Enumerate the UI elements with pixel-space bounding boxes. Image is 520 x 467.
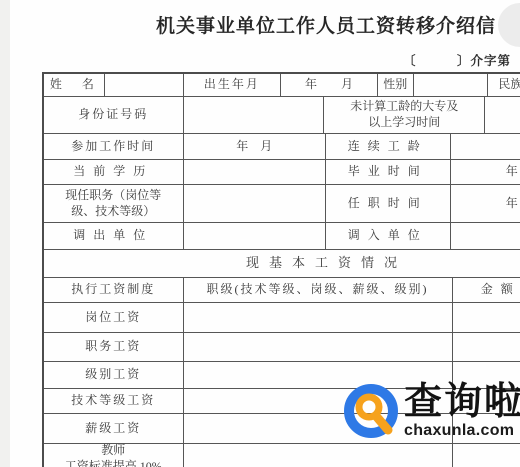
pay-scale-salary-label: 薪级工资 bbox=[44, 414, 184, 444]
ethnicity-label: 民族 bbox=[488, 74, 520, 97]
table-row: 职务工资 bbox=[44, 333, 520, 362]
salary-system-label: 执行工资制度 bbox=[44, 278, 184, 303]
current-position-value-cell bbox=[184, 185, 327, 223]
post-salary-grade-cell bbox=[184, 303, 453, 333]
duty-salary-grade-cell bbox=[184, 333, 453, 362]
table-row: 教师 工资标准提高 10% bbox=[44, 444, 520, 467]
salary-grade-header: 职级(技术等级、岗级、薪级、级别) bbox=[184, 278, 453, 303]
tenure-value-cell: 年 月 bbox=[451, 185, 520, 223]
salary-amount-header: 金额（元） bbox=[453, 278, 520, 303]
document-page: 机关事业单位工作人员工资转移介绍信 〔 〕介字第 号 姓 名 出生年月 年 月 … bbox=[10, 0, 520, 467]
current-position-line1: 现任职务（岗位等 bbox=[65, 188, 161, 204]
table-row: 调出单位 调入单位 bbox=[44, 223, 520, 250]
page-left-margin bbox=[0, 0, 10, 467]
table-row: 参加工作时间 年 月 连续工龄 bbox=[44, 134, 520, 160]
uncounted-study-label: 未计算工龄的大专及 以上学习时间 bbox=[324, 97, 485, 134]
graduation-time-label: 毕业时间 bbox=[326, 160, 451, 185]
transfer-out-unit-label: 调出单位 bbox=[44, 223, 184, 250]
post-salary-amount-cell bbox=[453, 303, 520, 333]
tenure-label: 任职时间 bbox=[326, 185, 451, 223]
rank-salary-label: 级别工资 bbox=[44, 362, 184, 389]
teacher-raise-line1: 教师 bbox=[101, 444, 125, 459]
table-row: 现任职务（岗位等 级、技术等级） 任职时间 年 月 bbox=[44, 185, 520, 223]
dob-value-cell: 年 月 bbox=[281, 74, 378, 97]
uncounted-study-line2: 以上学习时间 bbox=[368, 115, 440, 131]
table-row: 身份证号码 未计算工龄的大专及 以上学习时间 bbox=[44, 97, 520, 134]
table-row: 执行工资制度 职级(技术等级、岗级、薪级、级别) 金额（元） bbox=[44, 278, 520, 303]
name-label: 姓 名 bbox=[44, 74, 105, 97]
uncounted-study-line1: 未计算工龄的大专及 bbox=[350, 99, 458, 115]
teacher-raise-line2: 工资标准提高 10% bbox=[65, 459, 162, 467]
table-row: 当前学历 毕业时间 年 月 bbox=[44, 160, 520, 185]
seniority-value-cell bbox=[451, 134, 520, 160]
gender-value-cell bbox=[414, 74, 489, 97]
teacher-raise-label: 教师 工资标准提高 10% bbox=[44, 444, 184, 467]
name-value-cell bbox=[105, 74, 184, 97]
id-number-value-cell bbox=[184, 97, 325, 134]
transfer-out-unit-value-cell bbox=[184, 223, 327, 250]
teacher-raise-grade-cell bbox=[184, 444, 453, 467]
teacher-raise-amount-cell bbox=[453, 444, 520, 467]
magnifier-logo-icon bbox=[343, 383, 401, 441]
current-salary-section-title: 现基本工资情况 bbox=[44, 250, 520, 278]
watermark-domain: chaxunla.com bbox=[404, 423, 520, 439]
education-value-cell bbox=[184, 160, 327, 185]
uncounted-study-value-cell bbox=[485, 97, 520, 134]
table-row: 岗位工资 bbox=[44, 303, 520, 333]
table-row: 现基本工资情况 bbox=[44, 250, 520, 278]
transfer-in-unit-label: 调入单位 bbox=[326, 223, 451, 250]
watermark-text: 查询啦 chaxunla.com bbox=[404, 383, 520, 439]
graduation-time-value-cell: 年 月 bbox=[451, 160, 520, 185]
work-start-value-cell: 年 月 bbox=[184, 134, 327, 160]
duty-salary-amount-cell bbox=[453, 333, 520, 362]
transfer-in-unit-value-cell bbox=[451, 223, 520, 250]
seniority-label: 连续工龄 bbox=[326, 134, 451, 160]
dob-label: 出生年月 bbox=[184, 74, 282, 97]
watermark-brand: 查询啦 bbox=[404, 383, 520, 423]
tech-grade-salary-label: 技术等级工资 bbox=[44, 389, 184, 414]
duty-salary-label: 职务工资 bbox=[44, 333, 184, 362]
id-number-label: 身份证号码 bbox=[44, 97, 184, 134]
gender-label: 性别 bbox=[378, 74, 414, 97]
work-start-label: 参加工作时间 bbox=[44, 134, 184, 160]
table-row: 姓 名 出生年月 年 月 性别 民族 bbox=[44, 74, 520, 97]
ref-number: 〔 〕介字第 号 bbox=[403, 51, 520, 69]
watermark: 查询啦 chaxunla.com bbox=[343, 383, 520, 441]
current-position-label: 现任职务（岗位等 级、技术等级） bbox=[44, 185, 184, 223]
post-salary-label: 岗位工资 bbox=[44, 303, 184, 333]
form-title: 机关事业单位工作人员工资转移介绍信 bbox=[42, 11, 520, 38]
education-label: 当前学历 bbox=[44, 160, 184, 185]
current-position-line2: 级、技术等级） bbox=[71, 204, 155, 220]
